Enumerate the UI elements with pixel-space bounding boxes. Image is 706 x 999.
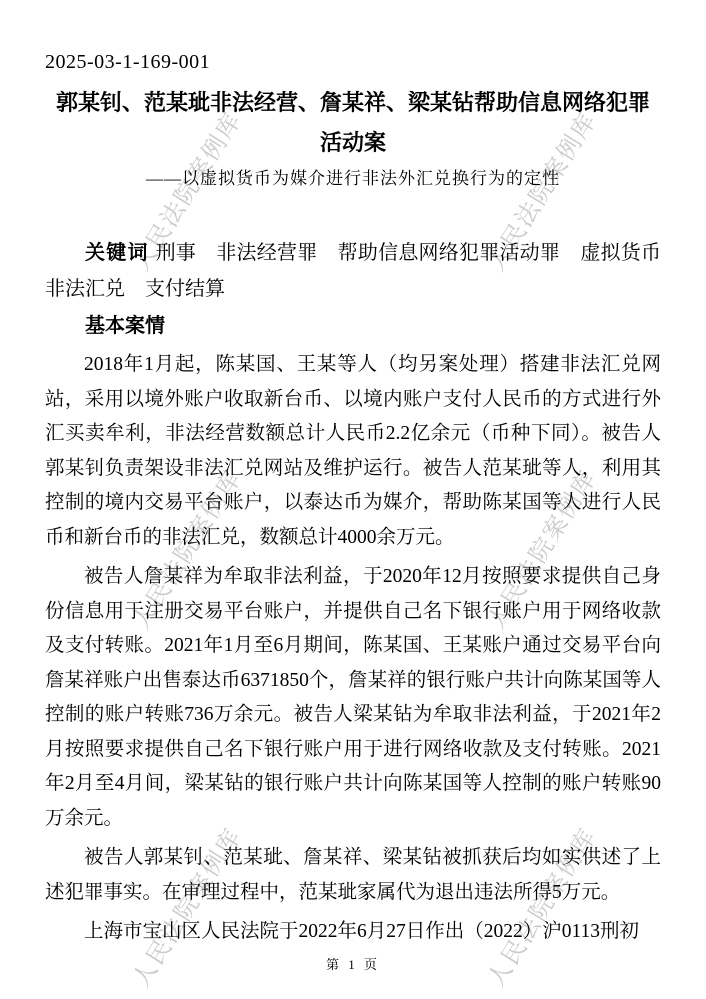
document-page: 人民法院案例库 人民法院案例库 人民法院案例库 人民法院案例库 人民法院案例库 …: [0, 0, 706, 999]
document-content: 2025-03-1-169-001 郭某钊、范某玼非法经营、詹某祥、梁某钻帮助信…: [0, 0, 706, 950]
case-subtitle: ——以虚拟货币为媒介进行非法外汇兑换行为的定性: [45, 165, 661, 193]
case-number: 2025-03-1-169-001: [45, 48, 661, 76]
paragraph-case-facts-4: 上海市宝山区人民法院于2022年6月27日作出（2022）沪0113刑初: [45, 915, 661, 950]
keywords-label: 关键词: [85, 242, 149, 264]
case-title: 郭某钊、范某玼非法经营、詹某祥、梁某钻帮助信息网络犯罪活动案: [51, 83, 655, 163]
paragraph-case-facts-1: 2018年1月起，陈某国、王某等人（均另案处理）搭建非法汇兑网站，采用以境外账户…: [45, 348, 661, 555]
paragraph-case-facts-3: 被告人郭某钊、范某玼、詹某祥、梁某钻被抓获后均如实供述了上述犯罪事实。在审理过程…: [45, 841, 661, 910]
keywords-line: 关键词刑事 非法经营罪 帮助信息网络犯罪活动罪 虚拟货币 非法汇兑 支付结算: [45, 235, 661, 307]
page-number: 第 1 页: [0, 954, 706, 973]
paragraph-case-facts-2: 被告人詹某祥为牟取非法利益，于2020年12月按照要求提供自己身份信息用于注册交…: [45, 560, 661, 836]
section-heading-basic-facts: 基本案情: [45, 309, 661, 343]
